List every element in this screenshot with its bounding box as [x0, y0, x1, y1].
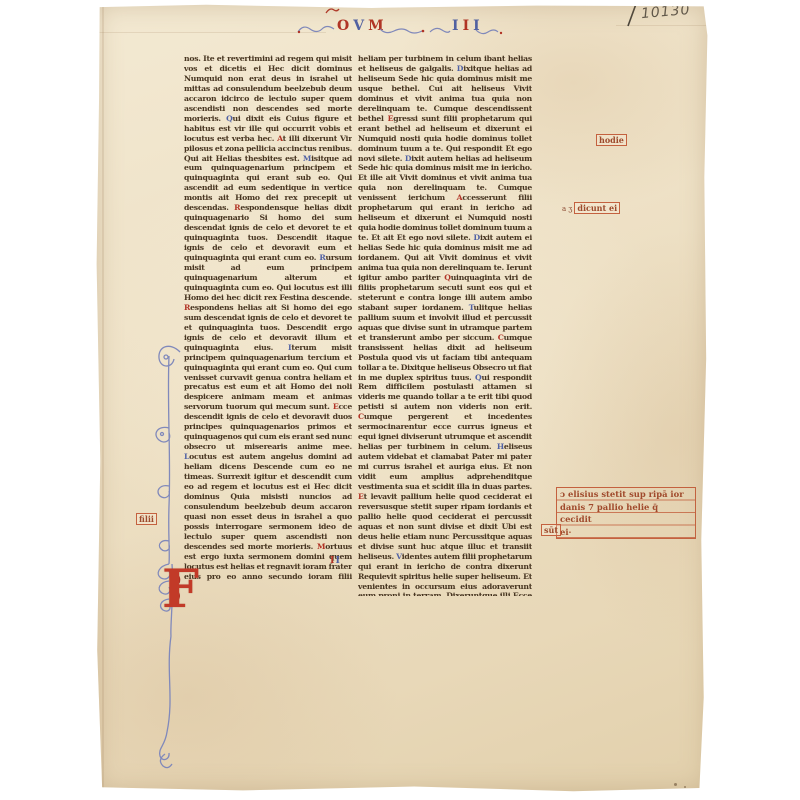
- pencil-shelfmark: 10130: [640, 2, 691, 22]
- verse-initial: E: [358, 492, 364, 501]
- verse-initial: V: [396, 552, 402, 561]
- verse-initial: E: [333, 402, 339, 411]
- stain-speck: [684, 786, 686, 788]
- verse-initial: R: [184, 303, 190, 312]
- rubric-letter: I: [462, 18, 473, 34]
- rubric-letter: O: [336, 18, 352, 34]
- verse-initial: R: [234, 203, 240, 212]
- verse-initial: C: [498, 333, 504, 342]
- penwork-squiggle-icon: [428, 25, 452, 35]
- penwork-squiggle-icon: [378, 24, 426, 36]
- verse-initial: Q: [444, 273, 450, 282]
- chapter-numeral: II: [330, 555, 341, 566]
- verse-initial: A: [457, 193, 463, 202]
- verse-initial: D: [405, 154, 411, 163]
- rubric-letter: I: [335, 555, 340, 566]
- margin-note-dicunt: a ʒdicunt ei: [562, 203, 620, 213]
- parchment-crease: [102, 4, 104, 792]
- verse-initial: Q: [226, 114, 232, 123]
- illuminated-initial-F: F: [162, 564, 199, 616]
- margin-gloss: ɔ elisius stetit sup ripā ior danis 7 pa…: [556, 487, 696, 539]
- margin-note-sut: sūt: [541, 525, 561, 535]
- verse-initial: D: [474, 233, 480, 242]
- verse-initial: C: [358, 412, 364, 421]
- manuscript-leaf: OVM III 10130 nos. Ite et revertimini ad…: [96, 4, 708, 792]
- photo-background: OVM III 10130 nos. Ite et revertimini ad…: [0, 0, 800, 800]
- margin-note-hodie-text: hodie: [596, 134, 627, 146]
- text-column-right: heliam per turbinem in celum ibant helia…: [358, 54, 532, 596]
- verse-initial: D: [457, 64, 463, 73]
- margin-note-hodie: hodie: [596, 135, 627, 145]
- verse-initial: H: [497, 442, 504, 451]
- margin-note-marker: a ʒ: [562, 205, 572, 213]
- verse-initial: E: [388, 114, 394, 123]
- verse-initial: T: [469, 303, 474, 312]
- filigree-penwork-icon: [136, 336, 222, 772]
- verse-initial: Q: [475, 373, 481, 382]
- penwork-squiggle-icon: [474, 25, 504, 37]
- margin-note-dicunt-text: dicunt ei: [574, 202, 620, 214]
- verse-initial: I: [288, 343, 291, 352]
- margin-note-sut-text: sūt: [541, 524, 561, 536]
- red-pen-mark-icon: [324, 6, 340, 16]
- rubric-letter: V: [352, 18, 367, 34]
- rubric-letter: I: [451, 18, 462, 34]
- margin-gloss-line: ɔ elisius stetit sup ripā ior: [560, 488, 692, 501]
- verse-initial: A: [277, 134, 283, 143]
- margin-gloss-line: ei·: [560, 526, 692, 539]
- penwork-squiggle-icon: [296, 24, 336, 36]
- margin-gloss-line: danis 7 pallio helie q̄ cecidit: [560, 501, 692, 526]
- parchment-crease: [96, 32, 326, 33]
- verse-initial: M: [303, 154, 311, 163]
- stain-speck: [674, 783, 677, 786]
- verse-initial: M: [317, 542, 325, 551]
- verse-initial: R: [319, 253, 325, 262]
